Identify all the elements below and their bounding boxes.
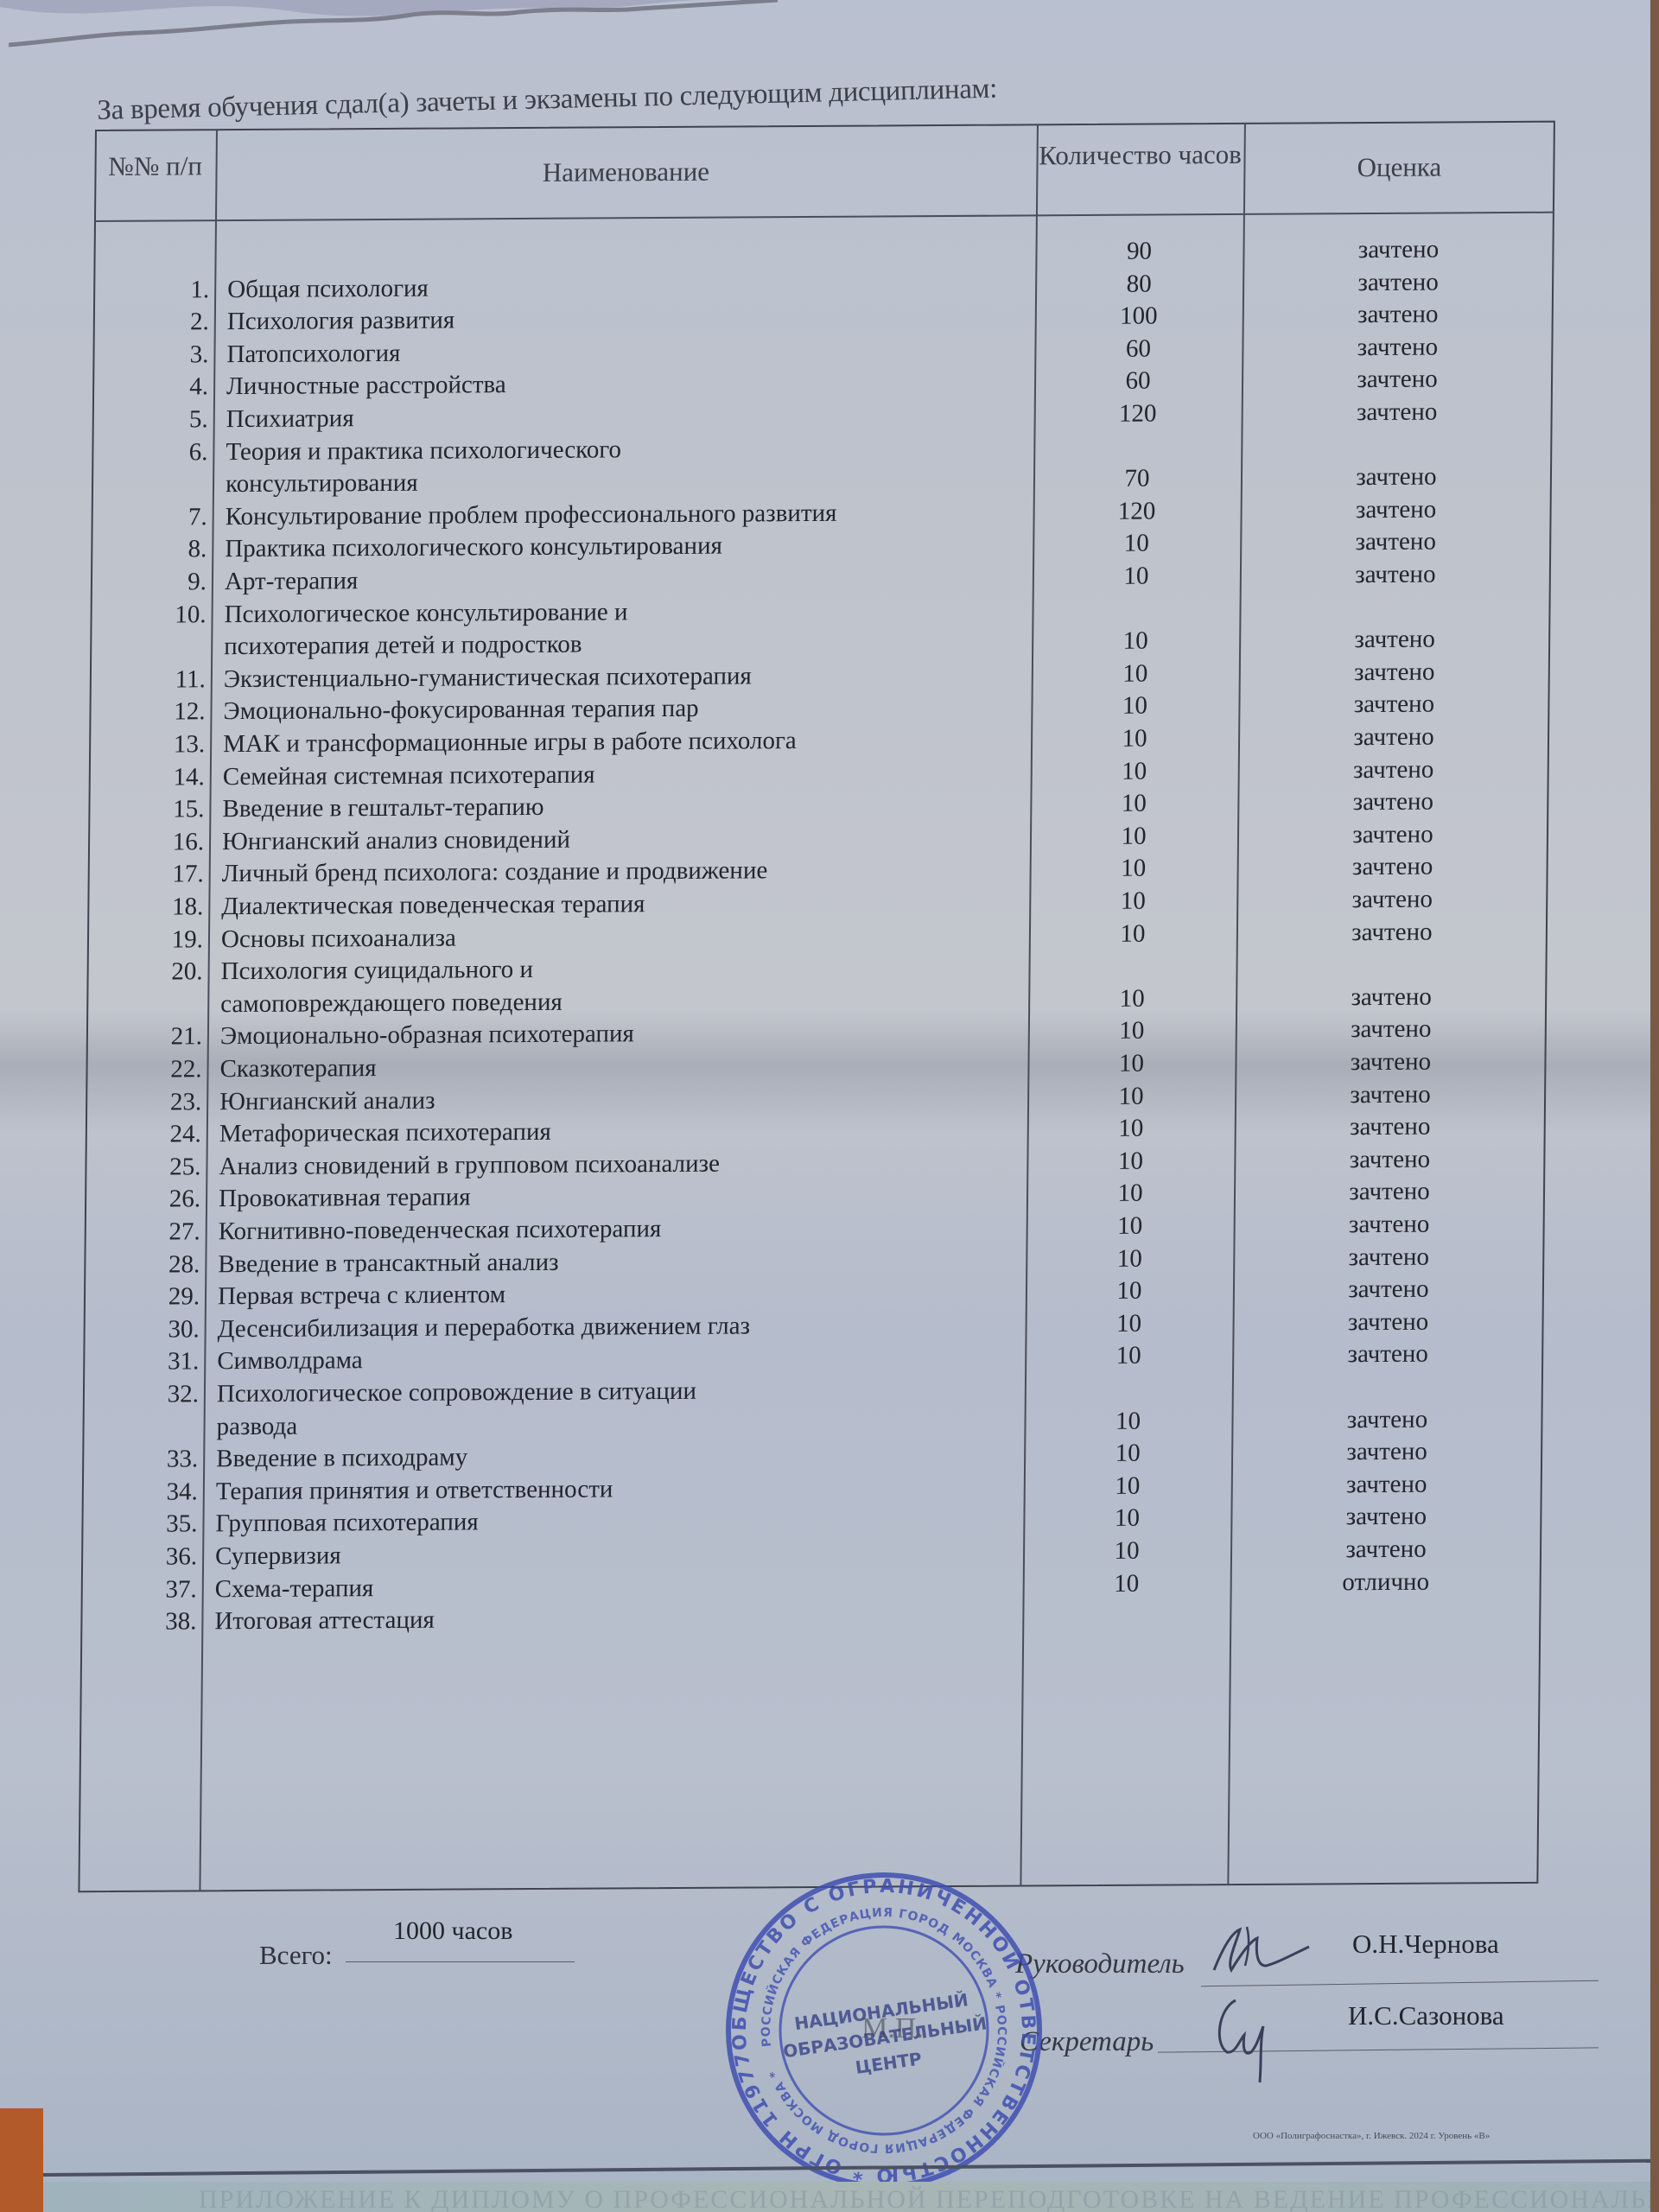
row-hours: 10 (1023, 1567, 1230, 1600)
section-heading: За время обучения сдал(а) зачеты и экзам… (97, 73, 997, 127)
row-discipline-name: Практика психологического консультирован… (225, 531, 722, 566)
row-number: 30. (118, 1313, 213, 1346)
row-number: 20. (121, 956, 216, 988)
row-grade: зачтено (1236, 981, 1547, 1014)
row-hours: 10 (1029, 918, 1236, 950)
row-hours: 10 (1024, 1405, 1231, 1438)
bottom-banner: ПРИЛОЖЕНИЕ К ДИПЛОМУ О ПРОФЕССИОНАЛЬНОЙ … (43, 2182, 1650, 2212)
row-hours: 10 (1023, 1502, 1230, 1535)
row-discipline-name: Психология суицидального и (220, 954, 533, 988)
row-grade: зачтено (1237, 785, 1548, 819)
row-grade: зачтено (1238, 721, 1549, 754)
row-hours: 10 (1031, 722, 1238, 755)
row-hours: 10 (1032, 658, 1239, 690)
row-number: 17. (123, 859, 218, 892)
row-discipline-name: консультирования (226, 467, 418, 500)
row-number: 33. (117, 1443, 212, 1476)
row-number: 14. (124, 761, 219, 794)
row-number: 18. (122, 891, 217, 924)
row-number: 31. (118, 1346, 213, 1379)
row-discipline-name: Патопсихология (226, 338, 400, 371)
row-grade: зачтено (1242, 330, 1553, 364)
row-grade: зачтено (1231, 1468, 1542, 1502)
guilloche-ornament-icon (0, 0, 1650, 69)
row-grade: зачтено (1239, 623, 1550, 657)
row-hours: 10 (1030, 820, 1237, 853)
row-hours: 120 (1034, 397, 1242, 430)
total-label: Всего: (259, 1940, 333, 1971)
row-number: 7. (126, 501, 221, 534)
row-grade: зачтено (1236, 1013, 1547, 1046)
row-grade: зачтено (1237, 818, 1548, 852)
row-number: 5. (127, 404, 222, 436)
row-grade: зачтено (1235, 1110, 1546, 1144)
row-number: 37. (116, 1573, 211, 1606)
row-number: 1. (128, 274, 223, 307)
row-grade: зачтено (1230, 1500, 1541, 1534)
row-grade: зачтено (1235, 1077, 1546, 1111)
row-discipline-name: Эмоционально-фокусированная терапия пар (223, 693, 698, 728)
row-discipline-name: Анализ сновидений в групповом психоанали… (219, 1147, 720, 1183)
row-hours: 10 (1028, 982, 1236, 1015)
row-number: 28. (118, 1249, 213, 1281)
row-number: 22. (120, 1053, 215, 1086)
row-grade: зачтено (1239, 656, 1550, 690)
row-hours: 60 (1034, 365, 1242, 397)
row-hours: 80 (1035, 267, 1243, 300)
row-discipline-name: развода (216, 1410, 297, 1443)
row-discipline-name: Психологическое сопровождение в ситуации (217, 1376, 696, 1410)
row-grade: зачтено (1241, 461, 1552, 494)
row-hours: 10 (1023, 1535, 1230, 1567)
row-discipline-name: Эмоционально-образная психотерапия (220, 1019, 634, 1053)
row-discipline-name: Провокативная терапия (219, 1182, 471, 1216)
official-stamp-icon: ОБЩЕСТВО С ОГРАНИЧЕННОЙ ОТВЕТСТВЕННОСТЬЮ… (724, 1871, 1044, 2190)
row-number: 27. (119, 1216, 214, 1249)
row-hours: 10 (1033, 527, 1240, 560)
bottom-banner-text: ПРИЛОЖЕНИЕ К ДИПЛОМУ О ПРОФЕССИОНАЛЬНОЙ … (199, 2185, 1650, 2212)
row-discipline-name: Арт-терапия (225, 565, 359, 598)
row-number: 21. (121, 1021, 216, 1054)
row-hours: 10 (1027, 1112, 1235, 1145)
row-number: 12. (124, 696, 219, 729)
row-grade: зачтено (1236, 850, 1548, 884)
row-discipline-name: Юнгианский анализ (219, 1084, 435, 1118)
row-number: 2. (128, 306, 223, 339)
column-header-name: Наименование (215, 156, 1036, 188)
row-discipline-name: Диалектическая поведенческая терапия (221, 888, 645, 923)
row-hours: 10 (1033, 560, 1240, 593)
column-header-hours: Количество часов (1036, 142, 1243, 168)
row-number: 13. (124, 728, 219, 761)
row-number: 25. (119, 1151, 214, 1184)
row-number: 19. (122, 924, 217, 957)
row-discipline-name: Личностные расстройства (226, 369, 506, 403)
row-discipline-name: Введение в трансактный анализ (218, 1246, 559, 1280)
row-grade: зачтено (1242, 396, 1553, 429)
row-number: 8. (125, 534, 220, 567)
row-discipline-name: Семейная системная психотерапия (223, 759, 595, 793)
row-hours: 10 (1030, 787, 1237, 820)
row-discipline-name: Теория и практика психологического (226, 434, 621, 468)
row-grade: зачтено (1240, 558, 1551, 592)
row-discipline-name: Когнитивно-поведенческая психотерапия (219, 1213, 662, 1248)
row-number: 32. (118, 1378, 213, 1411)
row-hours: 10 (1032, 625, 1239, 658)
secretary-signature-icon (1210, 1992, 1279, 2087)
row-grade: зачтено (1233, 1273, 1544, 1306)
row-discipline-name: Метафорическая психотерапия (219, 1116, 551, 1150)
row-hours: 10 (1029, 885, 1236, 918)
row-number: 34. (117, 1476, 212, 1509)
document-page: За время обучения сдал(а) зачеты и экзам… (0, 0, 1650, 2212)
background-edge (0, 2108, 43, 2212)
row-hours: 10 (1031, 690, 1238, 722)
row-number: 38. (115, 1605, 210, 1638)
row-hours: 10 (1027, 1177, 1234, 1210)
row-grade: зачтено (1243, 233, 1554, 267)
row-discipline-name: Введение в психодраму (216, 1442, 467, 1476)
row-hours: 70 (1033, 462, 1241, 495)
printer-imprint: ООО «Полиграфоснастка», г. Ижевск. 2024 … (1253, 2131, 1490, 2141)
row-discipline-name: Общая психология (227, 272, 429, 305)
row-discipline-name: Сказкотерапия (219, 1052, 376, 1085)
row-number: 9. (125, 566, 220, 599)
row-hours: 10 (1028, 1014, 1236, 1047)
row-hours: 10 (1024, 1470, 1231, 1503)
row-discipline-name: Схема-терапия (215, 1573, 374, 1605)
column-header-grade: Оценка (1243, 154, 1554, 181)
row-discipline-name: Психологическое консультирование и (224, 596, 627, 631)
row-discipline-name: Супервизия (215, 1540, 341, 1573)
row-hours: 10 (1029, 852, 1236, 885)
row-grade: зачтено (1240, 493, 1551, 527)
svg-text:М.П.: М.П. (861, 2012, 924, 2044)
row-grade: зачтено (1242, 363, 1553, 397)
secretary-name: И.С.Сазонова (1348, 2000, 1504, 2031)
row-hours: 10 (1027, 1210, 1234, 1243)
row-discipline-name: Консультирование проблем профессионально… (226, 498, 837, 533)
column-header-number: №№ п/п (94, 153, 215, 180)
row-number: 6. (126, 436, 221, 469)
row-grade: зачтено (1243, 298, 1554, 332)
row-number: 26. (119, 1184, 214, 1217)
row-grade: зачтено (1238, 688, 1549, 721)
total-underline (346, 1961, 575, 1962)
row-hours: 10 (1026, 1243, 1233, 1275)
row-grade: зачтено (1234, 1208, 1545, 1242)
row-number: 3. (127, 339, 222, 372)
row-grade: зачтено (1240, 525, 1551, 559)
row-discipline-name: Экзистенциально-гуманистическая психотер… (224, 660, 752, 696)
head-name: О.Н.Чернова (1352, 1929, 1499, 1960)
row-grade: зачтено (1243, 265, 1554, 299)
row-hours: 100 (1035, 300, 1243, 333)
head-signature-icon (1205, 1923, 1318, 1983)
row-grade: зачтено (1236, 883, 1548, 917)
row-number: 15. (123, 793, 218, 826)
total-value: 1000 часов (393, 1916, 512, 1946)
row-grade: зачтено (1232, 1306, 1543, 1339)
row-grade: зачтено (1234, 1175, 1545, 1209)
row-number: 24. (120, 1118, 215, 1151)
row-number: 11. (124, 664, 219, 696)
row-discipline-name: Личный бренд психолога: создание и продв… (222, 855, 768, 891)
row-number: 36. (116, 1541, 211, 1573)
row-discipline-name: психотерапия детей и подростков (224, 629, 582, 664)
row-discipline-name: Психиатрия (226, 403, 354, 435)
row-discipline-name: Введение в гештальт-терапию (222, 791, 543, 825)
row-hours: 10 (1026, 1274, 1233, 1307)
row-hours: 10 (1027, 1047, 1235, 1080)
row-grade: зачтено (1234, 1143, 1545, 1177)
row-grade: зачтено (1232, 1338, 1543, 1371)
row-number: 35. (116, 1509, 211, 1541)
row-hours: 60 (1034, 333, 1242, 365)
row-hours: 10 (1027, 1145, 1234, 1178)
row-grade: зачтено (1230, 1533, 1541, 1567)
row-grade: зачтено (1236, 915, 1548, 949)
row-number: 10. (124, 599, 219, 632)
row-hours: 10 (1025, 1307, 1232, 1340)
row-hours: 10 (1031, 755, 1238, 788)
row-discipline-name: Групповая психотерапия (215, 1507, 479, 1541)
row-grade: отлично (1230, 1565, 1541, 1599)
row-hours: 120 (1033, 495, 1240, 528)
row-hours: 10 (1025, 1339, 1232, 1372)
row-discipline-name: Юнгианский анализ сновидений (222, 823, 570, 857)
row-number: 29. (118, 1281, 213, 1313)
row-number: 4. (127, 372, 222, 404)
row-discipline-name: Основы психоанализа (221, 922, 456, 956)
svg-text:ЦЕНТР: ЦЕНТР (854, 2048, 923, 2078)
row-discipline-name: Десенсибилизация и переработка движением… (217, 1310, 750, 1345)
row-discipline-name: самоповреждающего поведения (220, 987, 563, 1020)
row-discipline-name: Первая встреча с клиентом (218, 1279, 505, 1313)
row-number: 23. (120, 1086, 215, 1119)
row-discipline-name: Символдрама (217, 1345, 363, 1378)
row-grade: зачтено (1231, 1435, 1542, 1469)
row-discipline-name: Терапия принятия и ответственности (216, 1473, 613, 1508)
row-hours: 90 (1035, 235, 1243, 268)
row-grade: зачтено (1238, 753, 1549, 786)
row-discipline-name: МАК и трансформационные игры в работе пс… (223, 725, 797, 760)
row-number: 16. (123, 826, 218, 859)
row-grade: зачтено (1231, 1402, 1542, 1436)
row-discipline-name: Итоговая аттестация (214, 1605, 435, 1638)
disciplines-table: №№ п/п Наименование Количество часов Оце… (78, 121, 1555, 1893)
row-grade: зачтено (1235, 1046, 1546, 1079)
row-discipline-name: Психология развития (227, 305, 455, 339)
row-hours: 10 (1024, 1437, 1231, 1470)
row-hours: 10 (1027, 1080, 1235, 1113)
row-grade: зачтено (1233, 1240, 1544, 1274)
